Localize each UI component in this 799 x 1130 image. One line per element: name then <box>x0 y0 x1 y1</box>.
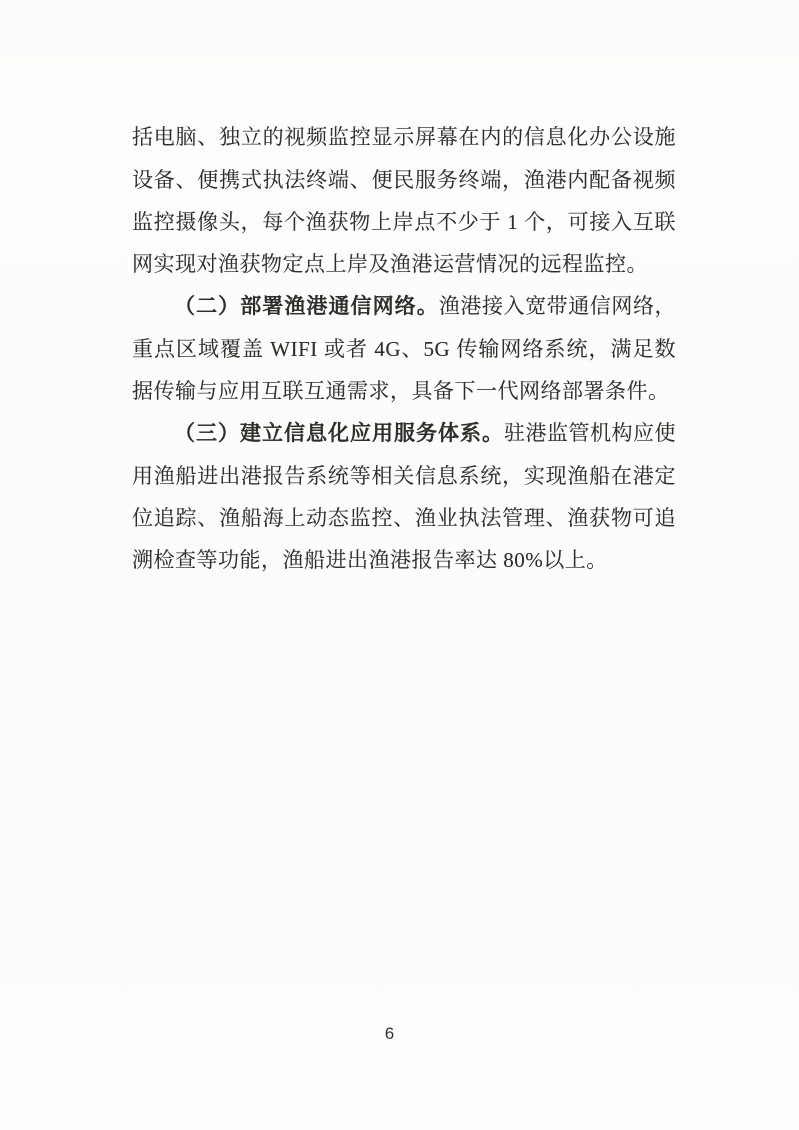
document-body: 括电脑、独立的视频监控显示屏幕在内的信息化办公设施设备、便携式执法终端、便民服务… <box>132 116 676 581</box>
page-number: 6 <box>0 1024 780 1044</box>
paragraph-equipment: 括电脑、独立的视频监控显示屏幕在内的信息化办公设施设备、便携式执法终端、便民服务… <box>132 116 676 285</box>
document-page: 括电脑、独立的视频监控显示屏幕在内的信息化办公设施设备、便携式执法终端、便民服务… <box>0 0 799 1130</box>
paragraph-application-service: （三）建立信息化应用服务体系。驻港监管机构应使用渔船进出港报告系统等相关信息系统… <box>132 412 676 581</box>
paragraph-text: 括电脑、独立的视频监控显示屏幕在内的信息化办公设施设备、便携式执法终端、便民服务… <box>132 125 676 276</box>
paragraph-communication-network: （二）部署渔港通信网络。渔港接入宽带通信网络，重点区域覆盖 WIFI 或者 4G… <box>132 285 676 412</box>
section-heading-2: （二）部署渔港通信网络。 <box>174 295 439 318</box>
section-heading-3: （三）建立信息化应用服务体系。 <box>174 422 504 445</box>
